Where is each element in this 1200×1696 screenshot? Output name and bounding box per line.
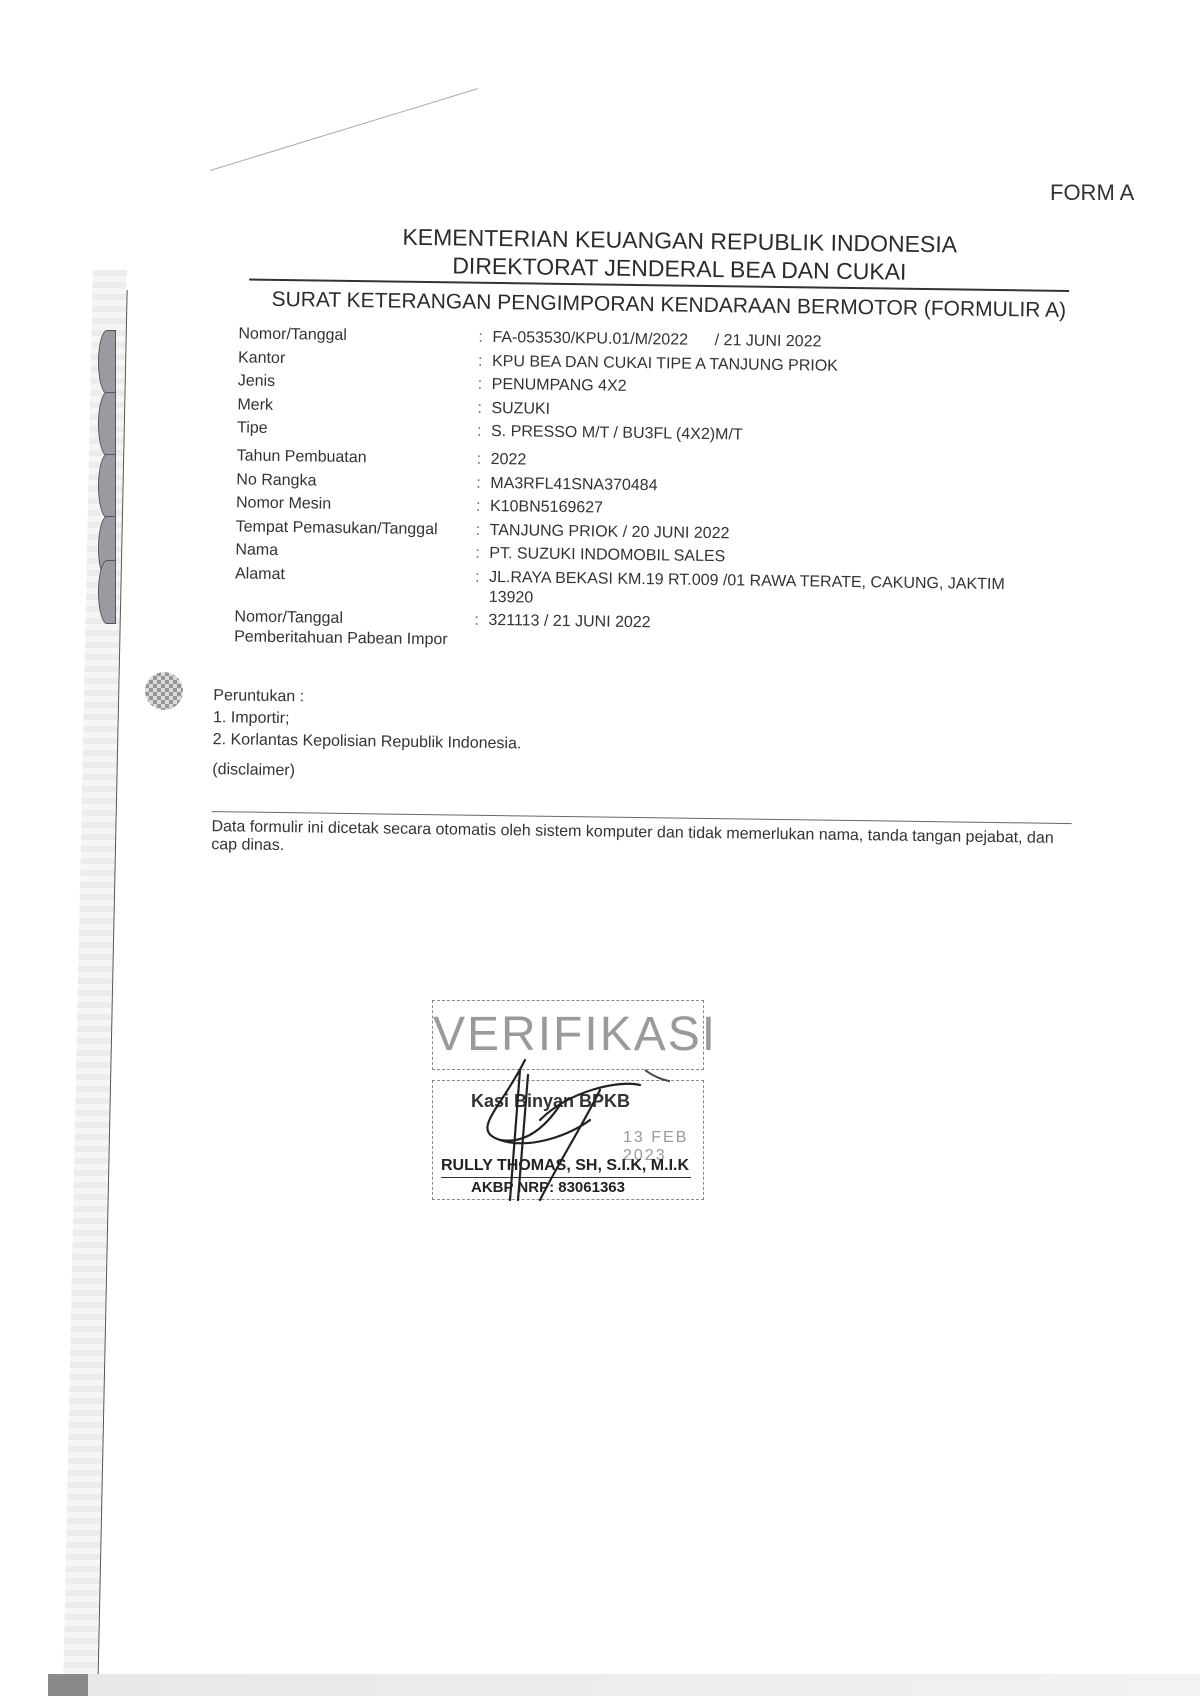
field-label: Tipe <box>207 418 477 442</box>
field-label: Tempat Pemasukan/Tanggal <box>206 516 476 540</box>
field-label: Nomor Mesin <box>206 493 476 517</box>
binder-scallop <box>98 330 116 394</box>
field-row: Nomor/TanggalPemberitahuan Pabean Impor:… <box>204 607 1084 659</box>
binder-strip <box>63 270 127 1690</box>
field-value-postcode: 13920 <box>489 588 534 606</box>
binder-scallop <box>98 454 116 518</box>
field-label: Nomor/Tanggal <box>234 608 343 627</box>
qr-stamp-icon <box>145 672 183 710</box>
binder-scallop <box>98 560 116 624</box>
peruntukan-section: Peruntukan : 1. Importir; 2. Korlantas K… <box>202 685 1083 793</box>
binder-scallop <box>98 392 116 456</box>
field-label: Kantor <box>208 347 478 371</box>
field-label: Jenis <box>208 371 478 395</box>
field-label: Tahun Pembuatan <box>207 446 477 470</box>
document-title: SURAT KETERANGAN PENGIMPORAN KENDARAAN B… <box>209 286 1089 324</box>
field-value: JL.RAYA BEKASI KM.19 RT.009 /01 RAWA TER… <box>489 568 1005 592</box>
field-label: Merk <box>207 394 477 418</box>
disclaimer-label: (disclaimer) <box>202 759 1082 793</box>
signature-icon <box>470 1050 670 1210</box>
field-list: Nomor/Tanggal:FA-053530/KPU.01/M/2022 / … <box>204 324 1088 659</box>
scratch-mark <box>210 88 478 171</box>
field-label: No Rangka <box>206 469 476 493</box>
field-value: 321113 / 21 JUNI 2022 <box>488 611 1085 659</box>
field-value: S. PRESSO M/T / BU3FL (4X2)M/T <box>491 422 1087 450</box>
field-label: Nomor/Tanggal <box>208 324 478 348</box>
document-body: KEMENTERIAN KEUANGAN REPUBLIK INDONESIA … <box>201 220 1090 866</box>
disclaimer-text: Data formulir ini dicetak secara otomati… <box>201 818 1081 866</box>
field-label: Nama <box>205 540 475 564</box>
field-label-sub: Pemberitahuan Pabean Impor <box>234 628 448 648</box>
scan-shadow <box>48 1674 1200 1696</box>
form-label: FORM A <box>1050 180 1134 206</box>
field-label: Alamat <box>205 563 476 607</box>
